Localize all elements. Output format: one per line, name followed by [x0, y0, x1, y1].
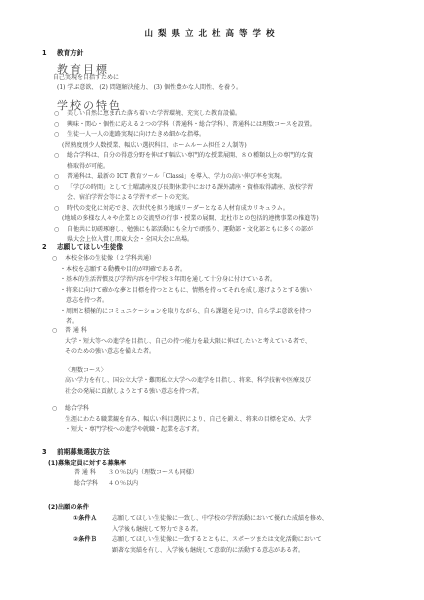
profile-title: ○総合学科 [52, 404, 311, 415]
list-item: ・将来に向けて確かな夢と目標を持つとともに、情熱を持ってそれを成し遂げようとする… [52, 286, 312, 297]
list-item: ○時代の変化に対応でき、次世代を担う地域リーダーとなる人材育成カリキュラム。 [54, 204, 319, 215]
condition-label: ②条件Ｂ [73, 535, 112, 546]
condition-continuation: 入学後も継続して努力できる者。 [73, 525, 328, 536]
profile-line: 高い学力を有し、国公立大学・難関私立大学への進学を目指し、将来、科学技術や医療及… [52, 376, 311, 387]
list-item: ・本校を志願する動機や目的が明確である者。 [52, 265, 312, 276]
circle-bullet-icon: ○ [54, 183, 67, 194]
list-item: ○自他共に切磋琢磨し、勉強にも部活動にも全力で頑張り、運動部・文化部ともに多くの… [54, 225, 319, 236]
list-item: ・基本的生活習慣及び学習内容を中学校３年間を通して十分身に付けている者。 [52, 275, 312, 286]
quota-heading: (1)募集定員に対する募集率 [48, 458, 126, 467]
circle-bullet-icon: ○ [54, 120, 67, 131]
list-item-continuation: 意志を持つ者。 [52, 296, 312, 307]
section-title: 教育方針 [57, 49, 83, 57]
condition-b: ②条件Ｂ志願してほしい生徒像に一致するとともに、スポーツまたは文化活動において [73, 535, 328, 546]
conditions-list: ①条件Ａ志願してほしい生徒像に一致し、中学校の学習活動において優れた成績を修め、… [73, 514, 328, 556]
circle-bullet-icon: ○ [54, 151, 67, 162]
list-item: ○「学びの時間」として土曜講座及び長期休業中における課外講座・資格取得講座、放校… [54, 183, 319, 194]
section-title: 志願してほしい生徒像 [57, 243, 123, 251]
list-item-continuation: (地域の多様な人々や企業との交流型の行事・授業の展開、北杜市との包括的連携事業の… [54, 214, 319, 225]
profile-title: ○本校全体の生徒像（２学科共通） [52, 254, 312, 265]
circle-bullet-icon: ○ [54, 225, 67, 236]
features-list: ○美しい自然に恵まれた落ち着いた学習環境、充実した教育設備。 ○興味・関心・個性… [54, 109, 319, 246]
circle-bullet-icon: ○ [54, 204, 67, 215]
condition-continuation: 顕著な実績を有し、入学後も継続して意欲的に活動する意志がある者。 [73, 546, 328, 557]
quota-table: 普 通 科３０％以内（理数コースも同様） 総合学科４０％以内 [74, 468, 198, 489]
profile-line: そのための強い意志を備えた者。 [52, 347, 311, 358]
circle-bullet-icon: ○ [54, 130, 67, 141]
section-1-heading: 1教育方針 [42, 47, 83, 57]
conditions-heading: (2)出願の条件 [48, 502, 89, 511]
dept-name: 普 通 科 [74, 468, 108, 479]
circle-bullet-icon: ○ [54, 109, 67, 120]
list-item: ○普通科は、最新の ICT 教育ツール「Classi」を導入、学力の高い伸び率を… [54, 172, 319, 183]
section-2-heading: 2志願してほしい生徒像 [42, 241, 123, 251]
section-number: 1 [42, 49, 57, 57]
section-title: 前期募集選抜方法 [57, 448, 110, 456]
profile-line: ・短大・専門学校への進学や就職・起業を志す者。 [52, 425, 311, 436]
list-item-continuation: (習熟度別少人数授業、幅広い選択科目、ホームルーム担任２人制等) [54, 141, 319, 152]
profile-line: 社会の発展に貢献しようとする強い意志を持つ者。 [52, 387, 311, 398]
profile-line: 生涯にわたる職業観を育み、幅広い科目選択により、自己を鍛え、将来の目標を定め、大… [52, 415, 311, 426]
condition-a: ①条件Ａ志願してほしい生徒像に一致し、中学校の学習活動において優れた成績を修め、 [73, 514, 328, 525]
list-item-continuation: 会、宿泊学習会等による学習サポートの充実。 [54, 193, 319, 204]
list-item: ○生徒一人一人の進路実現に向けたきめ細かな指導。 [54, 130, 319, 141]
quota-row: 普 通 科３０％以内（理数コースも同様） [74, 468, 198, 479]
common-profile: ○本校全体の生徒像（２学科共通） ・本校を志願する動機や目的が明確である者。 ・… [52, 254, 312, 328]
quota-row: 総合学科４０％以内 [74, 479, 198, 490]
list-item-continuation: 格取得が可能。 [54, 162, 319, 173]
list-item: ○総合学科は、自分の得意分野を伸ばす幅広い専門的な授業展開、８０種類以上の専門的… [54, 151, 319, 162]
quota-rate: ３０％以内（理数コースも同様） [108, 469, 198, 476]
quota-rate: ４０％以内 [108, 480, 138, 487]
document-title: 山梨県立北杜高等学校 [0, 27, 424, 39]
circle-bullet-icon: ○ [54, 172, 67, 183]
integrated-course-profile: ○総合学科 生涯にわたる職業観を育み、幅広い科目選択により、自己を鍛え、将来の目… [52, 404, 311, 436]
goal-items: (1) 学ぶ意欲、 (2) 問題解決能力、 (3) 個性豊かな人間性、を養う。 [57, 83, 242, 94]
circle-bullet-icon: ○ [52, 404, 65, 415]
circle-bullet-icon: ○ [52, 326, 65, 337]
section-number: 3 [42, 448, 57, 456]
list-item: ○興味・関心・個性に応える２つの学科（普通科・総合学科）、普通科には理数コースを… [54, 120, 319, 131]
section-3-heading: 3前期募集選抜方法 [42, 446, 110, 456]
dept-name: 総合学科 [74, 479, 108, 490]
general-course-profile: ○普 通 科 大学・短大等への進学を目指し、自己の持つ能力を最大限に伸ばしたいと… [52, 326, 311, 397]
science-course-title: 〈理数コース〉 [52, 366, 311, 377]
profile-line: 大学・短大等への進学を目指し、自己の持つ能力を最大限に伸ばしたいと考えている者で… [52, 337, 311, 348]
section-number: 2 [42, 243, 57, 251]
condition-label: ①条件Ａ [73, 514, 112, 525]
list-item: ○美しい自然に恵まれた落ち着いた学習環境、充実した教育設備。 [54, 109, 319, 120]
profile-title: ○普 通 科 [52, 326, 311, 337]
list-item: ・周囲と積極的にコミュニケーションを取りながら、自ら課題を見つけ、自ら学ぶ意欲を… [52, 307, 312, 318]
circle-bullet-icon: ○ [52, 254, 65, 265]
goal-intro: 自己実現を目指すために [53, 73, 119, 84]
